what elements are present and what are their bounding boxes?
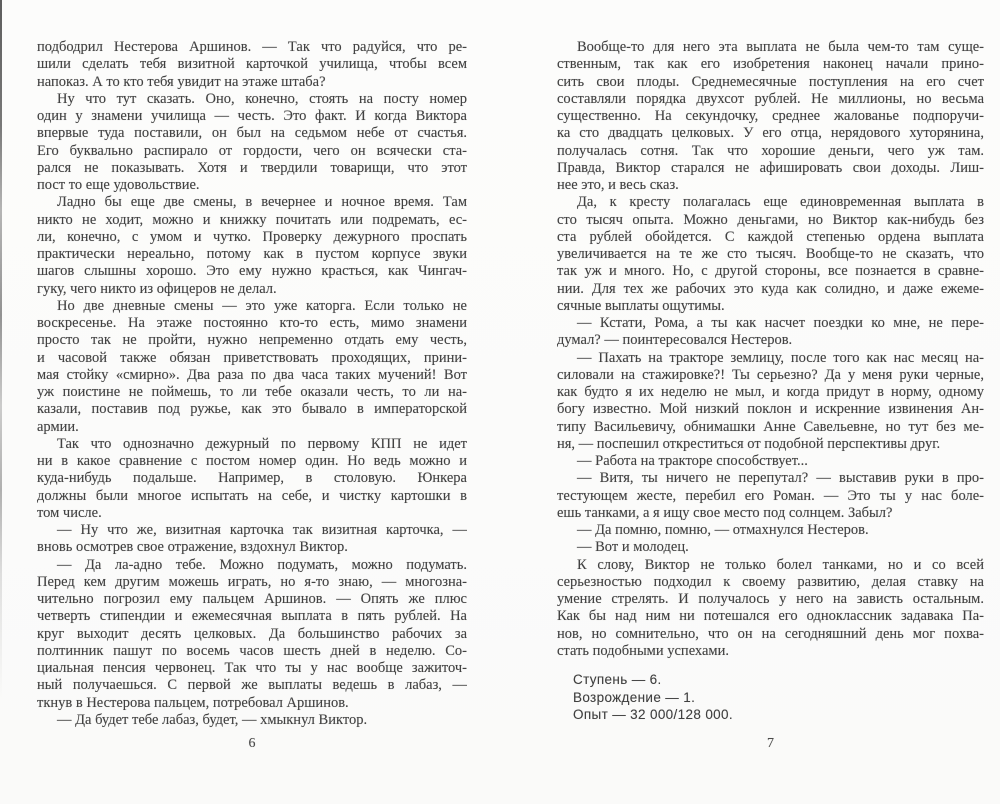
text-line: сто тысяч опыта. Можно деньгами, но Викт… <box>557 212 984 229</box>
paragraph: подбодрил Нестерова Аршинов. — Так что р… <box>37 39 467 91</box>
text-line: Но две дневные смены — это уже каторга. … <box>37 298 467 315</box>
text-line: четверть стипендии и ежемесячная выплата… <box>37 608 467 625</box>
text-line: куда-нибудь подальше. Например, в столов… <box>37 470 467 487</box>
text-line: существенно. На секундочку, среднее жало… <box>557 108 984 125</box>
text-line: ткнув в Нестерова пальцем, потребовал Ар… <box>37 695 467 712</box>
text-line: богу известно. Мой низкий поклон и искре… <box>557 401 984 418</box>
right-page-number: 7 <box>557 736 984 752</box>
text-line: составляли порядка двухсот рублей. Не ми… <box>557 91 984 108</box>
stat-line: Возрождение — 1. <box>573 689 984 707</box>
text-line: нов, но сомнительно, что он на сегодняшн… <box>557 626 984 643</box>
text-line: том числе. <box>37 505 467 522</box>
text-line: полтинник пашут по восемь часов шесть дн… <box>37 643 467 660</box>
left-page-number: 6 <box>37 736 467 752</box>
text-line: ный получаешься. С первой же выплаты вед… <box>37 677 467 694</box>
text-line: рался не показывать. Хотя и твердили тов… <box>37 160 467 177</box>
paragraph: Ладно бы еще две смены, в вечернее и ноч… <box>37 194 467 298</box>
scan-edge-artifact <box>0 0 2 700</box>
text-line: Так что однозначно дежурный по первому К… <box>37 436 467 453</box>
text-line: уж поистине не поймешь, то ли тебе оказа… <box>37 384 467 401</box>
paragraph: — Пахать на тракторе землицу, после того… <box>557 350 984 454</box>
paragraph: К слову, Виктор не только болел танками,… <box>557 557 984 661</box>
text-line: думал? — поинтересовался Нестеров. <box>557 332 984 349</box>
text-line: один у знамени училища — честь. Это факт… <box>37 108 467 125</box>
text-line: и часовой также обязан приветствовать пр… <box>37 350 467 367</box>
paragraph: Но две дневные смены — это уже каторга. … <box>37 298 467 436</box>
text-line: армии. <box>37 419 467 436</box>
text-line: Перед кем другим можешь играть, но я-то … <box>37 574 467 591</box>
text-line: пост то еще удовольствие. <box>37 177 467 194</box>
right-page-text: Вообще-то для него эта выплата не была ч… <box>557 39 984 660</box>
text-line: типу Васильевичу, обнимашки Анне Савелье… <box>557 419 984 436</box>
text-line: Ладно бы еще две смены, в вечернее и ноч… <box>37 194 467 211</box>
paragraph: Ну что тут сказать. Оно, конечно, стоять… <box>37 91 467 195</box>
text-line: — Витя, ты ничего не перепутал? — выстав… <box>557 470 984 487</box>
text-line: сячные выплаты ощутимы. <box>557 298 984 315</box>
text-line: — Пахать на тракторе землицу, после того… <box>557 350 984 367</box>
text-line: — Да ла-адно тебе. Можно подумать, можно… <box>37 557 467 574</box>
text-line: ка сто двадцать целковых. У его отца, не… <box>557 125 984 142</box>
text-line: подбодрил Нестерова Аршинов. — Так что р… <box>37 39 467 56</box>
text-line: Вообще-то для него эта выплата не была ч… <box>557 39 984 56</box>
text-line: просто так не пройти, нужно непременно о… <box>37 332 467 349</box>
text-line: напоказ. А то кто тебя увидит на этаже ш… <box>37 74 467 91</box>
text-line: — Да будет тебе лабаз, будет, — хмыкнул … <box>37 712 467 729</box>
text-line: получалась сотня. Так что хорошие деньги… <box>557 143 984 160</box>
stat-line: Опыт — 32 000/128 000. <box>573 706 984 724</box>
text-line: так уж и много. Но, с другой стороны, вс… <box>557 263 984 280</box>
text-line: воскресенье. На этаже постоянно кто-то е… <box>37 315 467 332</box>
paragraph: — Да помню, помню, — отмахнулся Нестеров… <box>557 522 984 539</box>
text-line: мая стойку «смирно». Два раза по два час… <box>37 367 467 384</box>
paragraph: — Да будет тебе лабаз, будет, — хмыкнул … <box>37 712 467 729</box>
text-line: вновь осмотрев свое отражение, вздохнул … <box>37 539 467 556</box>
paragraph: — Ну что же, визитная карточка так визит… <box>37 522 467 557</box>
text-line: должны были многое испытать на себе, и ч… <box>37 488 467 505</box>
text-line: ли, конечно, с умом и чутко. Проверку де… <box>37 229 467 246</box>
paragraph: — Витя, ты ничего не перепутал? — выстав… <box>557 470 984 522</box>
text-line: Как бы над ним ни потешался его одноклас… <box>557 608 984 625</box>
text-line: — Ну что же, визитная карточка так визит… <box>37 522 467 539</box>
text-line: — Вот и молодец. <box>557 539 984 556</box>
text-line: сить свои плоды. Среднемесячные поступле… <box>557 74 984 91</box>
paragraph: Так что однозначно дежурный по первому К… <box>37 436 467 522</box>
text-line: увеличивается на те же сто тысяч. Вообще… <box>557 246 984 263</box>
text-line: ственным, так как его изобретения наконе… <box>557 56 984 73</box>
left-page-text: подбодрил Нестерова Аршинов. — Так что р… <box>37 39 467 729</box>
book-spread: подбодрил Нестерова Аршинов. — Так что р… <box>0 0 1000 804</box>
right-page: Вообще-то для него эта выплата не была ч… <box>557 39 984 779</box>
paragraph: Вообще-то для него эта выплата не была ч… <box>557 39 984 194</box>
text-line: шили сделать тебя визитной карточкой учи… <box>37 56 467 73</box>
text-line: впервые туда поставили, он был на седьмо… <box>37 125 467 142</box>
text-line: шагов слышны хорошо. Это ему нужно краст… <box>37 263 467 280</box>
stat-line: Ступень — 6. <box>573 671 984 689</box>
text-line: казали, поставив под ружье, как это быва… <box>37 401 467 418</box>
text-line: ни в какое сравнение с постом номер один… <box>37 453 467 470</box>
paragraph: — Работа на тракторе способствует... <box>557 453 984 470</box>
text-line: тестующем жесте, перебил его Роман. — Эт… <box>557 488 984 505</box>
text-line: умение стрелять. И получалось у него на … <box>557 591 984 608</box>
text-line: практически нереально, потому как в пуст… <box>37 246 467 263</box>
text-line: гуку, чего никто из офицеров не делал. <box>37 281 467 298</box>
stats-block: Ступень — 6.Возрождение — 1.Опыт — 32 00… <box>573 671 984 724</box>
paragraph: Да, к кресту полагалась еще единовременн… <box>557 194 984 315</box>
text-line: — Работа на тракторе способствует... <box>557 453 984 470</box>
text-line: — Да помню, помню, — отмахнулся Нестеров… <box>557 522 984 539</box>
text-line: как будто я их неделю не мыл, и когда пр… <box>557 384 984 401</box>
text-line: ешь танками, а я ищу свое место под солн… <box>557 505 984 522</box>
text-line: циальная пенсия червонец. Так что ты у н… <box>37 660 467 677</box>
text-line: Правда, Виктор старался не афишировать с… <box>557 160 984 177</box>
text-line: чительно погрозил ему пальцем Аршинов. —… <box>37 591 467 608</box>
text-line: никто не ходит, можно и книжку почитать … <box>37 212 467 229</box>
text-line: Ну что тут сказать. Оно, конечно, стоять… <box>37 91 467 108</box>
text-line: ста рублей обойдется. С каждой степенью … <box>557 229 984 246</box>
paragraph: — Да ла-адно тебе. Можно подумать, можно… <box>37 557 467 712</box>
text-line: силовали на стажировке?! Ты серьезно? Да… <box>557 367 984 384</box>
paragraph: — Кстати, Рома, а ты как насчет поездки … <box>557 315 984 350</box>
text-line: серьезностью подходил к своему развитию,… <box>557 574 984 591</box>
text-line: К слову, Виктор не только болел танками,… <box>557 557 984 574</box>
text-line: ня, — поспешил откреститься от подобной … <box>557 436 984 453</box>
left-page: подбодрил Нестерова Аршинов. — Так что р… <box>37 39 467 779</box>
text-line: нии. Для тех же рабочих это куда как сол… <box>557 281 984 298</box>
text-line: нее это, и весь сказ. <box>557 177 984 194</box>
paragraph: — Вот и молодец. <box>557 539 984 556</box>
text-line: стать подобными успехами. <box>557 643 984 660</box>
text-line: Его буквально распирало от гордости, чег… <box>37 143 467 160</box>
text-line: Да, к кресту полагалась еще единовременн… <box>557 194 984 211</box>
text-line: круг выходит десять целковых. Да большин… <box>37 626 467 643</box>
text-line: — Кстати, Рома, а ты как насчет поездки … <box>557 315 984 332</box>
